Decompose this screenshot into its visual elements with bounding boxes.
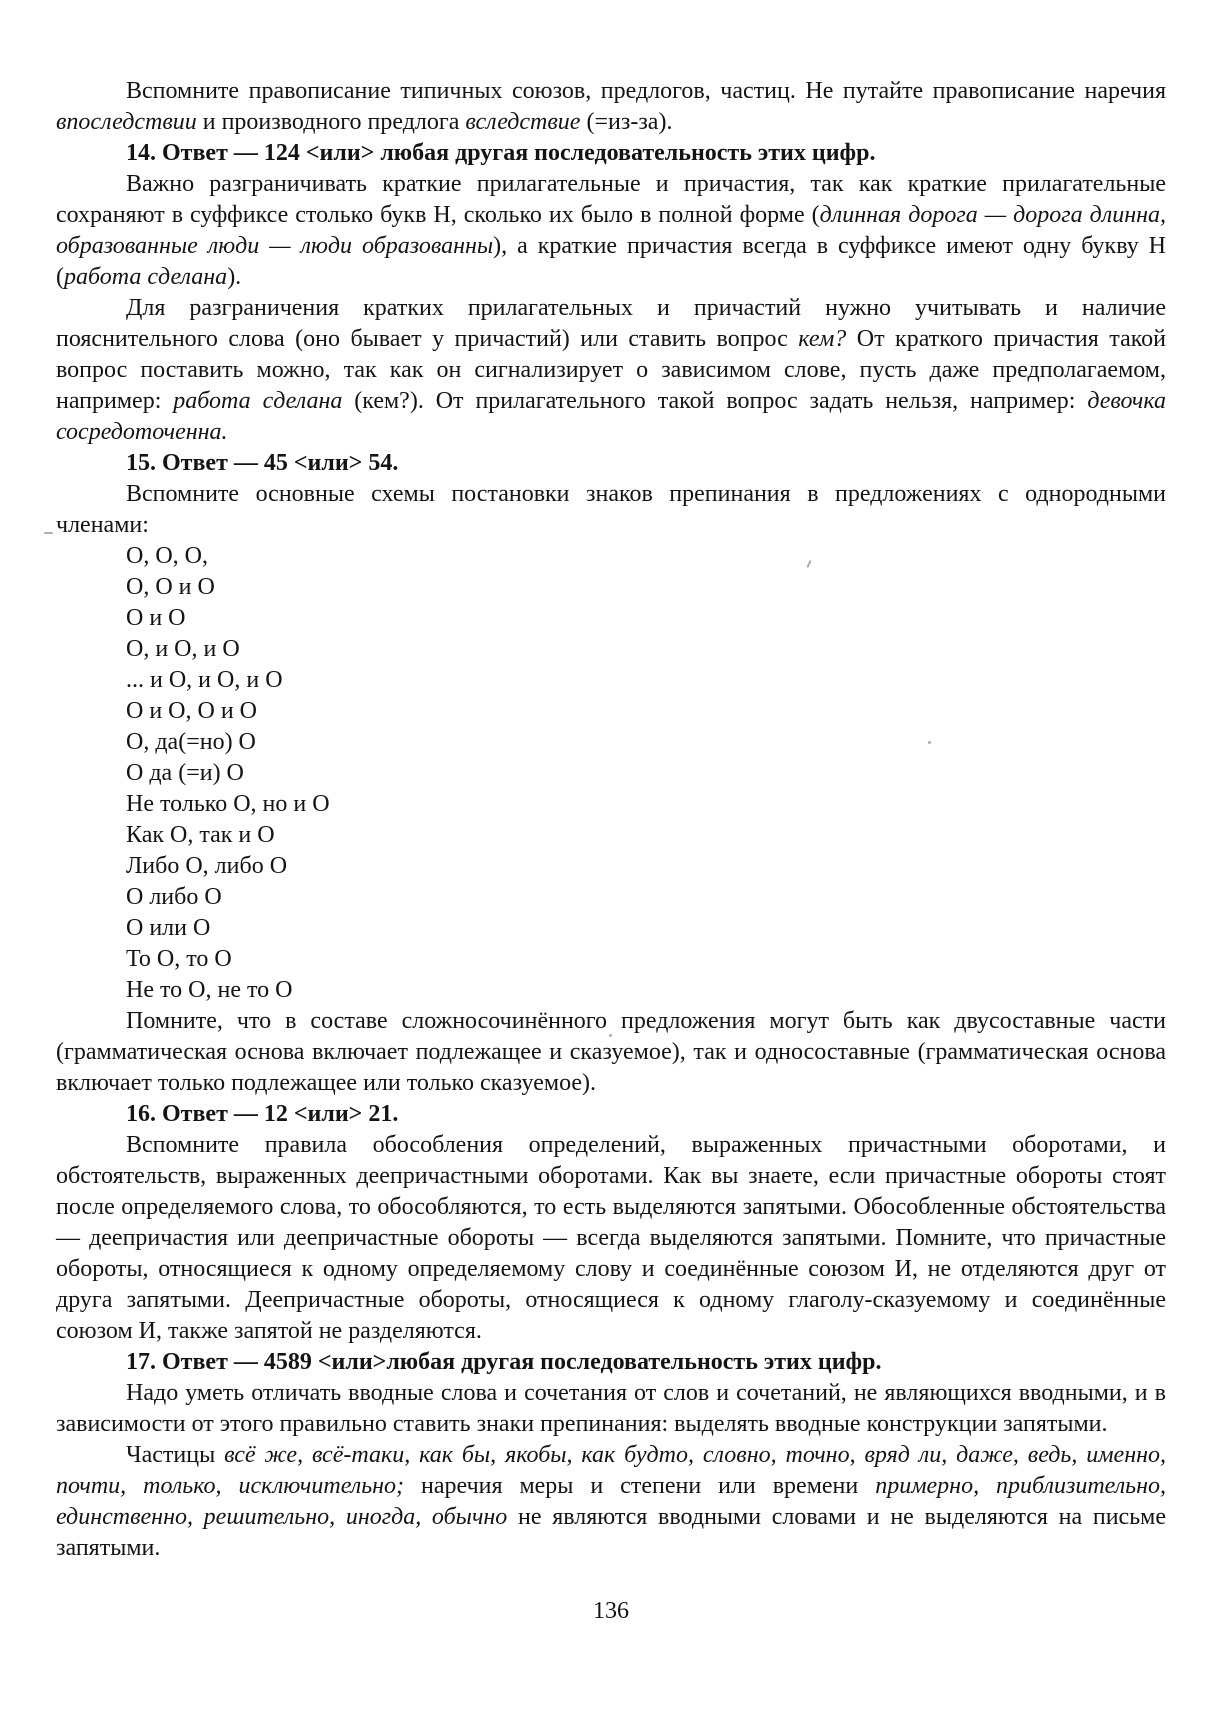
text-segment: Вспомните правописание типичных союзов, … [126, 78, 1166, 104]
scheme-12: О либо О [56, 882, 1166, 913]
scheme-10: Как О, так и О [56, 820, 1166, 851]
scan-speckle [609, 1034, 612, 1037]
text-segment: и производного предлога [197, 109, 466, 135]
text-segment: 14. Ответ — 124 <или> любая другая после… [126, 140, 876, 166]
scan-speckle [928, 741, 931, 744]
scheme-1: О, О, О, [56, 541, 1166, 572]
text-segment: работа сделана [173, 388, 342, 414]
text-segment: 17. Ответ — 4589 <или>любая другая после… [126, 1349, 882, 1375]
scheme-7: О, да(=но) О [56, 727, 1166, 758]
scan-speckle [943, 1239, 946, 1242]
para-schemes-intro: Вспомните основные схемы постановки знак… [56, 479, 1166, 541]
text-segment: О или О [126, 915, 210, 941]
text-segment: О, О и О [126, 574, 215, 600]
text-segment: 16. Ответ — 12 <или> 21. [126, 1101, 398, 1127]
text-segment: Вспомните основные схемы постановки знак… [56, 481, 1166, 538]
scheme-3: О и О [56, 603, 1166, 634]
page-number: 136 [0, 1596, 1222, 1627]
scheme-9: Не только О, но и О [56, 789, 1166, 820]
text-segment: О, О, О, [126, 543, 208, 569]
text-segment: О, и О, и О [126, 636, 240, 662]
text-segment: О и О, О и О [126, 698, 257, 724]
para-distinguishing-question: Для разграничения кратких прилагательных… [56, 293, 1166, 448]
document-page: Вспомните правописание типичных союзов, … [0, 0, 1222, 1712]
scheme-8: О да (=и) О [56, 758, 1166, 789]
answer-15: 15. Ответ — 45 <или> 54. [56, 448, 1166, 479]
content-blocks: Вспомните правописание типичных союзов, … [56, 76, 1166, 1564]
scan-speckle [44, 532, 53, 534]
scheme-15: Не то О, не то О [56, 975, 1166, 1006]
text-segment: О да (=и) О [126, 760, 244, 786]
para-compound-sentence: Помните, что в составе сложносочинённого… [56, 1006, 1166, 1099]
text-segment: Либо О, либо О [126, 853, 287, 879]
text-segment: Вспомните правила обособления определени… [56, 1132, 1166, 1344]
text-segment: О и О [126, 605, 186, 631]
para-short-adjectives: Важно разграничивать краткие прилагатель… [56, 169, 1166, 293]
text-segment: (кем?). От прилагательного такой вопрос … [342, 388, 1087, 414]
text-segment: О, да(=но) О [126, 729, 256, 755]
scheme-5: ... и О, и О, и О [56, 665, 1166, 696]
answer-16: 16. Ответ — 12 <или> 21. [56, 1099, 1166, 1130]
para-particles: Частицы всё же, всё-таки, как бы, якобы,… [56, 1440, 1166, 1564]
text-segment: Частицы [126, 1442, 224, 1468]
text-segment: ). [227, 264, 241, 290]
text-segment: работа сделана [64, 264, 227, 290]
text-segment: Не то О, не то О [126, 977, 293, 1003]
scheme-14: То О, то О [56, 944, 1166, 975]
text-segment: наречия меры и степени или времени [404, 1473, 875, 1499]
text-segment: кем? [798, 326, 846, 352]
text-segment: Надо уметь отличать вводные слова и соче… [56, 1380, 1166, 1437]
scheme-2: О, О и О [56, 572, 1166, 603]
text-segment: О либо О [126, 884, 222, 910]
text-segment: То О, то О [126, 946, 232, 972]
text-segment: вследствие [465, 109, 580, 135]
para-introductory-words: Надо уметь отличать вводные слова и соче… [56, 1378, 1166, 1440]
para-participle-clauses: Вспомните правила обособления определени… [56, 1130, 1166, 1347]
answer-17: 17. Ответ — 4589 <или>любая другая после… [56, 1347, 1166, 1378]
para-conjunction-spelling: Вспомните правописание типичных союзов, … [56, 76, 1166, 138]
scheme-11: Либо О, либо О [56, 851, 1166, 882]
text-segment: ... и О, и О, и О [126, 667, 283, 693]
text-segment: Помните, что в составе сложносочинённого… [56, 1008, 1166, 1096]
answer-14: 14. Ответ — 124 <или> любая другая после… [56, 138, 1166, 169]
scheme-13: О или О [56, 913, 1166, 944]
text-segment: 15. Ответ — 45 <или> 54. [126, 450, 398, 476]
text-segment: (=из-за). [580, 109, 672, 135]
text-segment: впоследствии [56, 109, 197, 135]
text-segment: Как О, так и О [126, 822, 275, 848]
scheme-4: О, и О, и О [56, 634, 1166, 665]
text-segment: Не только О, но и О [126, 791, 330, 817]
scheme-6: О и О, О и О [56, 696, 1166, 727]
